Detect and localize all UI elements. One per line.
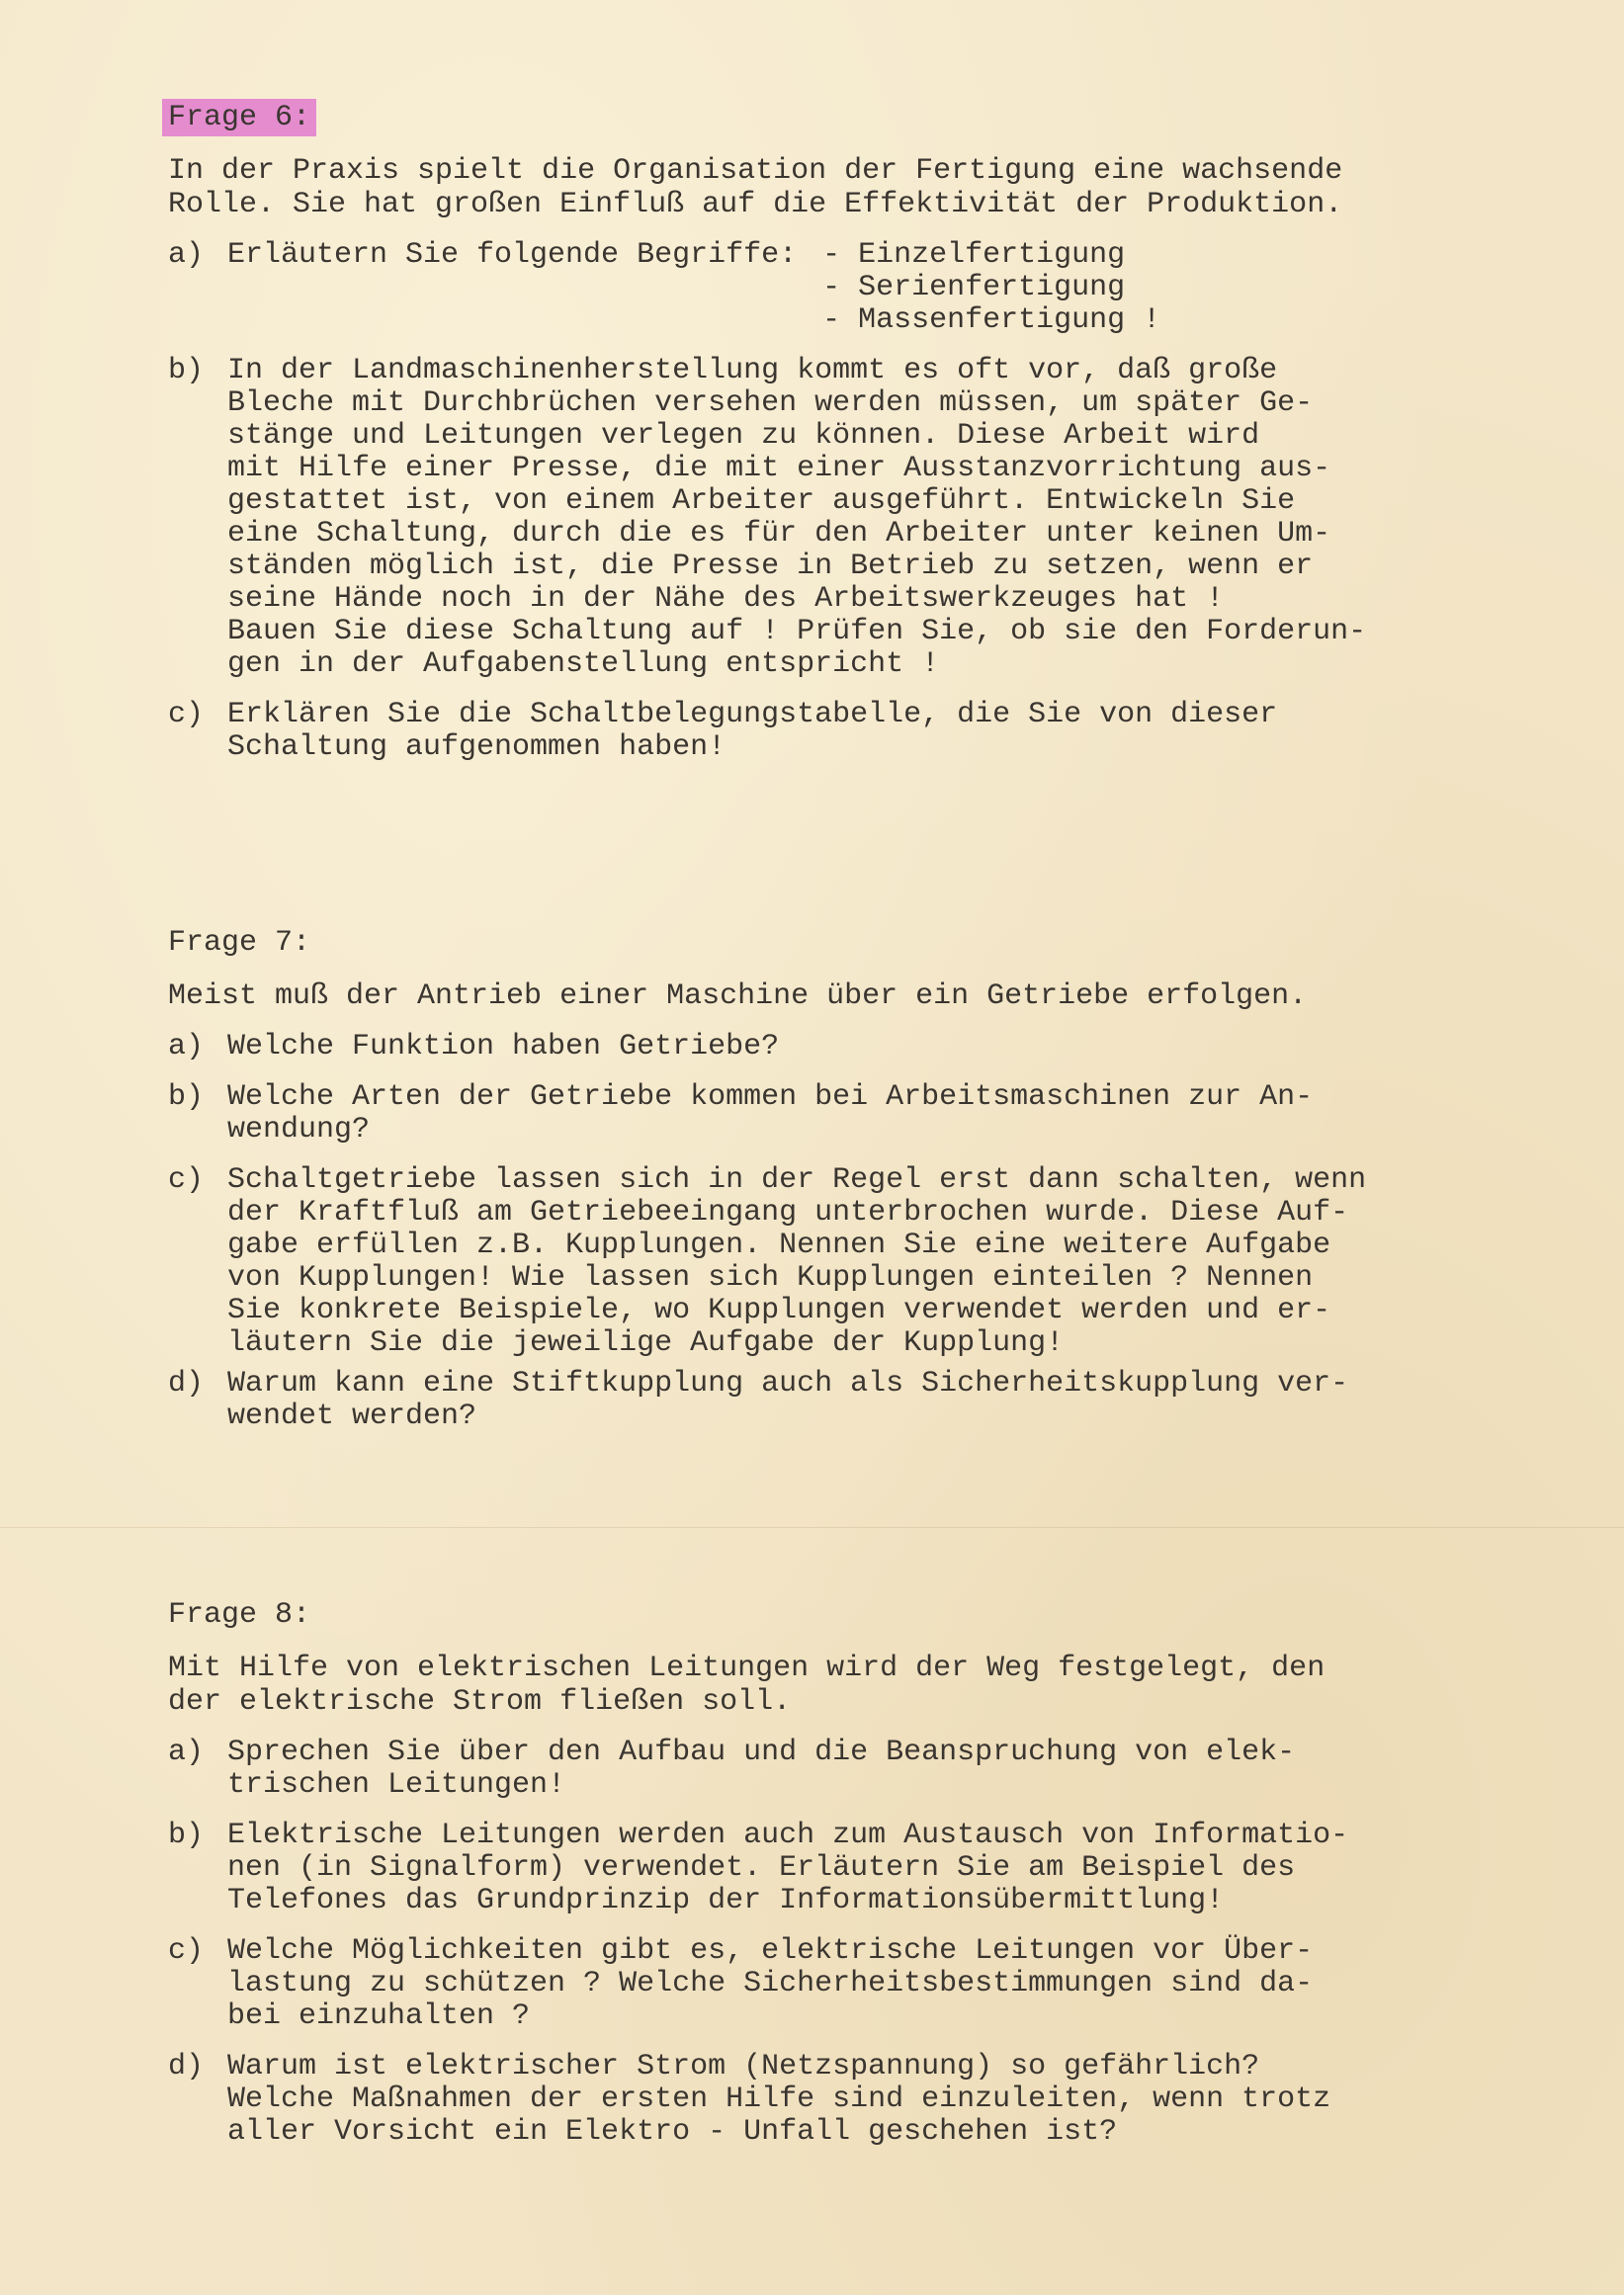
question-7-item-b: b) Welche Arten der Getriebe kommen bei … (168, 1081, 1366, 1147)
item-label: d) (168, 2051, 227, 2149)
question-8-item-d: d) Warum ist elektrischer Strom (Netzspa… (168, 2051, 1348, 2149)
question-6-item-c: c) Erklären Sie die Schaltbelegungstabel… (168, 699, 1366, 764)
item-text: Erläutern Sie folgende Begriffe: (227, 239, 797, 337)
item-label: c) (168, 1164, 227, 1360)
term-item: - Serienfertigung (822, 272, 1160, 304)
item-text: Welche Funktion haben Getriebe? (227, 1031, 779, 1063)
item-label: d) (168, 1368, 227, 1433)
item-text: Welche Arten der Getriebe kommen bei Arb… (227, 1081, 1313, 1147)
question-7-intro: Meist muß der Antrieb einer Maschine übe… (168, 979, 1366, 1013)
question-6-item-b: b) In der Landmaschinenherstellung kommt… (168, 355, 1366, 681)
question-7-item-c: c) Schaltgetriebe lassen sich in der Reg… (168, 1164, 1366, 1360)
item-text: Schaltgetriebe lassen sich in der Regel … (227, 1164, 1366, 1360)
question-8-item-b: b) Elektrische Leitungen werden auch zum… (168, 1820, 1348, 1917)
question-6-title: Frage 6: (162, 99, 316, 136)
question-8: Frage 8: Mit Hilfe von elektrischen Leit… (168, 1596, 1348, 2149)
question-8-item-a: a) Sprechen Sie über den Aufbau und die … (168, 1737, 1348, 1802)
paper-fold-line (0, 1527, 1624, 1528)
question-6-intro: In der Praxis spielt die Organisation de… (168, 154, 1366, 221)
question-7: Frage 7: Meist muß der Antrieb einer Mas… (168, 924, 1366, 1433)
item-text: Warum ist elektrischer Strom (Netzspannu… (227, 2051, 1330, 2149)
question-7-item-a: a) Welche Funktion haben Getriebe? (168, 1031, 1366, 1063)
question-6-item-a: a) Erläutern Sie folgende Begriffe: - Ei… (168, 239, 1366, 337)
term-item: - Einzelfertigung (822, 239, 1160, 272)
question-7-title: Frage 7: (162, 924, 316, 962)
item-text: Welche Möglichkeiten gibt es, elektrisch… (227, 1935, 1313, 2033)
item-text: Sprechen Sie über den Aufbau und die Bea… (227, 1737, 1295, 1802)
question-6: Frage 6: In der Praxis spielt die Organi… (168, 99, 1366, 764)
item-label: a) (168, 1737, 227, 1802)
question-7-item-d: d) Warum kann eine Stiftkupplung auch al… (168, 1368, 1366, 1433)
question-8-item-c: c) Welche Möglichkeiten gibt es, elektri… (168, 1935, 1348, 2033)
item-label: b) (168, 1081, 227, 1147)
item-label: a) (168, 239, 227, 337)
item-label: c) (168, 1935, 227, 2033)
question-8-title: Frage 8: (162, 1596, 316, 1634)
item-text: In der Landmaschinenherstellung kommt es… (227, 355, 1366, 681)
item-label: b) (168, 1820, 227, 1917)
item-label: a) (168, 1031, 227, 1063)
question-8-intro: Mit Hilfe von elektrischen Leitungen wir… (168, 1652, 1348, 1719)
item-text: Elektrische Leitungen werden auch zum Au… (227, 1820, 1348, 1917)
item-label: c) (168, 699, 227, 764)
term-list: - Einzelfertigung - Serienfertigung - Ma… (822, 239, 1160, 337)
item-text: Erklären Sie die Schaltbelegungstabelle,… (227, 699, 1277, 764)
term-item: - Massenfertigung ! (822, 304, 1160, 337)
item-text: Warum kann eine Stiftkupplung auch als S… (227, 1368, 1348, 1433)
item-label: b) (168, 355, 227, 681)
